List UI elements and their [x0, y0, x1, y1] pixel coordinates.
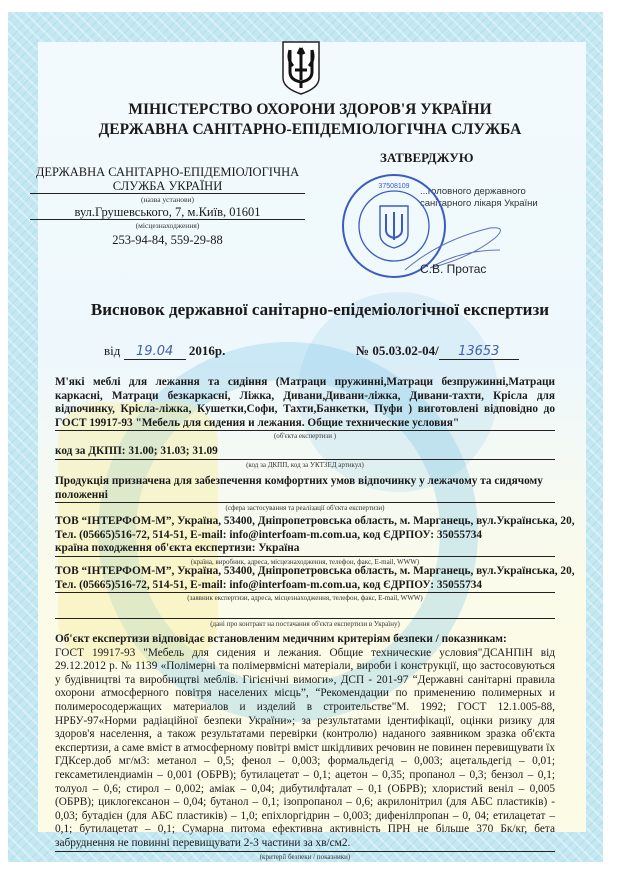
criteria-section: Об'єкт експертизи відповідає встановлени…: [55, 633, 555, 862]
manufacturer-line-2: Тел. (05665)516-72, 514-51, E-mail: info…: [55, 529, 555, 543]
contract-caption: (дані про контракт на постачання об'єкта…: [55, 619, 555, 629]
manufacturer-line-1: ТОВ “ІНТЕРФОМ-М”, Україна, 53400, Дніпро…: [55, 515, 555, 529]
codes-text: код за ДКПП: 31.00; 31.03; 31.09: [55, 445, 555, 460]
object-text: М'які меблі для лежання та сидіння (Матр…: [55, 376, 555, 431]
date-number-line: від 19.04 2016р. № 05.03.02-04/13653: [104, 343, 544, 360]
ministry-name: МІНІСТЕРСТВО ОХОРОНИ ЗДОРОВ'Я УКРАЇНИ: [0, 100, 620, 120]
trident-coat-of-arms-icon: [281, 40, 321, 96]
institution-address: вул.Грушевського, 7, м.Київ, 01601: [30, 205, 305, 220]
ministry-header: МІНІСТЕРСТВО ОХОРОНИ ЗДОРОВ'Я УКРАЇНИ ДЕ…: [0, 100, 620, 140]
date-year: 2016р.: [189, 343, 225, 358]
applicant-caption: (заявник експертизи, адреса, місцезнаход…: [55, 593, 555, 603]
institution-address-caption: (місцезнаходження): [30, 220, 305, 231]
service-name: ДЕРЖАВНА САНІТАРНО-ЕПІДЕМІОЛОГІЧНА СЛУЖБ…: [0, 120, 620, 140]
institution-block: ДЕРЖАВНА САНІТАРНО-ЕПІДЕМІОЛОГІЧНА СЛУЖБ…: [30, 165, 305, 247]
criteria-heading: Об'єкт експертизи відповідає встановлени…: [55, 633, 555, 647]
contract-text: [55, 605, 555, 619]
institution-name-caption: (назва установи): [30, 194, 305, 205]
institution-name-1: ДЕРЖАВНА САНІТАРНО-ЕПІДЕМІОЛОГІЧНА: [30, 165, 305, 179]
criteria-body: ГОСТ 19917-93 "Мебель для сидения и лежа…: [55, 647, 555, 852]
contract-section: (дані про контракт на постачання об'єкта…: [55, 605, 555, 629]
svg-text:37508109: 37508109: [378, 183, 409, 190]
codes-section: код за ДКПП: 31.00; 31.03; 31.09 (код за…: [55, 445, 555, 470]
scope-section: Продукція призначена для забезпечення ко…: [55, 475, 555, 513]
codes-caption: (код за ДКПП, код за УКТЗЕД артикул): [55, 460, 555, 470]
institution-phones: 253-94-84, 559-29-88: [30, 233, 305, 247]
criteria-caption: (критерії безпеки / показники): [55, 852, 555, 862]
applicant-section: ТОВ “ІНТЕРФОМ-М”, Україна, 53400, Дніпро…: [55, 565, 555, 603]
manufacturer-line-3: країна походження об'єкта експертизи: Ук…: [55, 542, 555, 557]
applicant-line-1: ТОВ “ІНТЕРФОМ-М”, Україна, 53400, Дніпро…: [55, 565, 555, 579]
signatory-name: С.В. Протас: [420, 262, 486, 276]
number-handwritten: 13653: [439, 344, 519, 360]
date-handwritten: 19.04: [124, 344, 186, 360]
approval-label: ЗАТВЕРДЖУЮ: [380, 150, 473, 166]
date-prefix: від: [104, 343, 120, 358]
manufacturer-section: ТОВ “ІНТЕРФОМ-М”, Україна, 53400, Дніпро…: [55, 515, 555, 567]
institution-name-2: СЛУЖБА УКРАЇНИ: [30, 179, 305, 194]
object-caption: (об'єкта експертизи ): [55, 431, 555, 441]
number-prefix: № 05.03.02-04/: [356, 343, 439, 358]
document-title: Висновок державної санітарно-епідеміолог…: [0, 300, 620, 320]
scope-text: Продукція призначена для забезпечення ко…: [55, 475, 555, 503]
scope-caption: (сфера застосування та реалізації об'єкт…: [55, 503, 555, 513]
object-section: М'які меблі для лежання та сидіння (Матр…: [55, 376, 555, 441]
applicant-line-2: Тел. (05665)516-72, 514-51, E-mail: info…: [55, 579, 555, 594]
